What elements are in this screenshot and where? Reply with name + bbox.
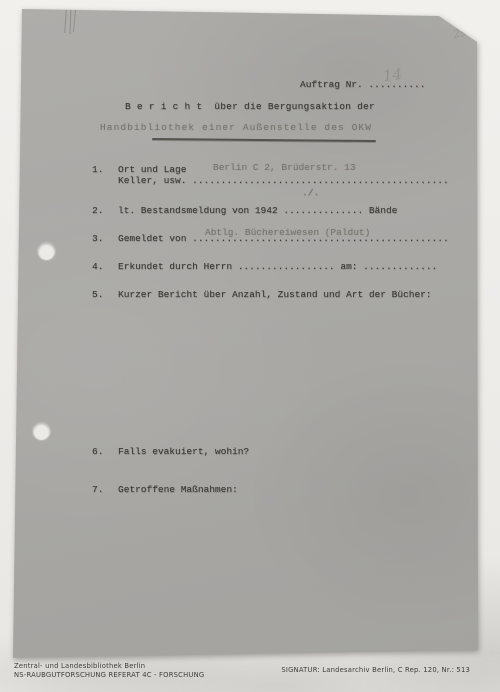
pencil-scribble — [73, 10, 76, 32]
punch-hole-top — [38, 243, 55, 260]
item-6-number: 6. — [92, 446, 118, 457]
report-subtitle: Handbibliothek einer Außenstelle des OKW — [100, 122, 372, 133]
report-title: B e r i c h t über die Bergungsaktion de… — [125, 101, 375, 112]
paper-sheet: 292 Auftrag Nr. .......... 14 B e r i c … — [13, 6, 479, 658]
item-4-line: 4.Erkundet durch Herrn .................… — [92, 261, 437, 272]
item-2-line: 2.lt. Bestandsmeldung von 1942 .........… — [92, 205, 397, 216]
item-5-line: 5.Kurzer Bericht über Anzahl, Zustand un… — [92, 289, 432, 300]
document-paper: 292 Auftrag Nr. .......... 14 B e r i c … — [13, 6, 479, 658]
item-2-number: 2. — [92, 205, 118, 216]
handwritten-auftrag-number: 14 — [382, 65, 403, 85]
item-6-line: 6.Falls evakuiert, wohin? — [92, 446, 249, 457]
footer-institution-line1: Zentral- und Landesbibliothek Berlin — [14, 662, 204, 671]
footer-institution: Zentral- und Landesbibliothek Berlin NS-… — [14, 662, 204, 679]
punch-hole-bottom — [33, 423, 50, 440]
item-6-label: Falls evakuiert, wohin? — [118, 446, 249, 457]
footer-signature: SIGNATUR: Landesarchiv Berlin, C Rep. 12… — [281, 666, 470, 675]
pen-underline — [152, 138, 376, 142]
item-5-label: Kurzer Bericht über Anzahl, Zustand und … — [118, 289, 432, 300]
item-1-line-2: Keller, usw. ...........................… — [118, 175, 449, 186]
item-1-slash-note: ./. — [302, 187, 319, 198]
item-1-line-1: 1.Ort und Lage — [92, 164, 186, 175]
item-4-label: Erkundet durch Herrn ................. a… — [118, 261, 437, 272]
item-4-number: 4. — [92, 261, 118, 272]
footer-institution-line2: NS-RAUBGUTFORSCHUNG REFERAT 4C - FORSCHU… — [14, 671, 204, 680]
item-5-number: 5. — [92, 289, 118, 300]
item-7-number: 7. — [92, 484, 118, 495]
scanned-document-page: 292 Auftrag Nr. .......... 14 B e r i c … — [0, 0, 500, 692]
item-1-label: Ort und Lage — [118, 164, 186, 175]
item-7-line: 7.Getroffene Maßnahmen: — [92, 484, 238, 495]
pencil-scribble — [70, 8, 72, 34]
item-1-filled-value: Berlin C 2, Brüderstr. 13 — [213, 162, 356, 173]
item-3-line: 3.Gemeldet von .........................… — [92, 233, 449, 244]
auftrag-number-label: Auftrag Nr. .......... — [300, 79, 425, 90]
item-3-label: Gemeldet von ...........................… — [118, 233, 449, 244]
handwritten-page-number: 292 — [452, 24, 475, 41]
item-7-label: Getroffene Maßnahmen: — [118, 484, 238, 495]
pencil-scribble — [64, 9, 67, 33]
item-2-label: lt. Bestandsmeldung von 1942 ...........… — [118, 205, 397, 216]
item-1-number: 1. — [92, 164, 118, 175]
item-3-number: 3. — [92, 233, 118, 244]
